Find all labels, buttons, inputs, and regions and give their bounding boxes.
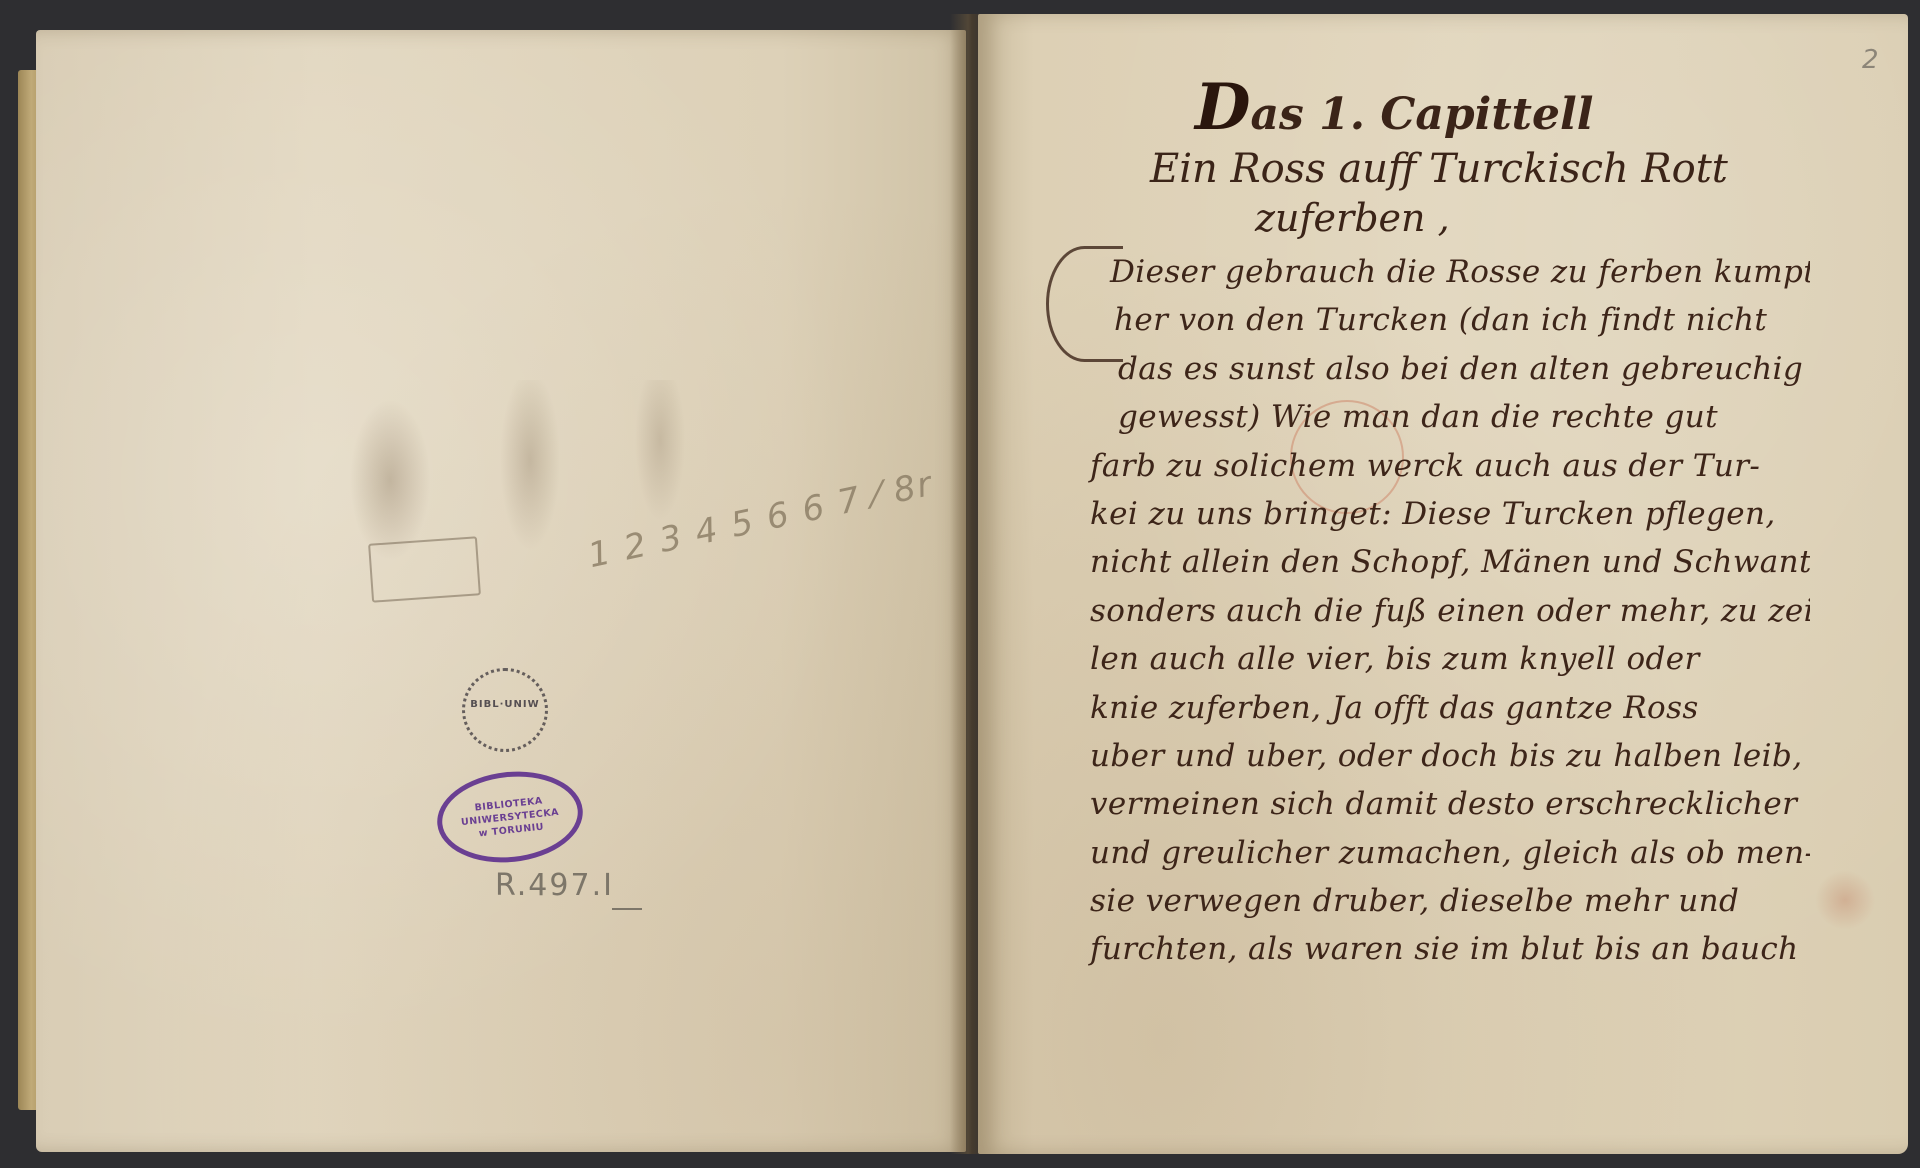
paper-stain xyxy=(1815,870,1875,930)
text-line: sie verwegen druber, dieselbe mehr und xyxy=(1050,883,1810,931)
shelfmark-underline xyxy=(612,908,642,910)
text-line: und greulicher zumachen, gleich als ob m… xyxy=(1050,835,1810,883)
body-text: Dieser gebrauch die Rosse zu ferben kump… xyxy=(1050,254,1810,980)
text-line: sonders auch die fuß einen oder mehr, zu… xyxy=(1050,593,1810,641)
decorated-initial: D xyxy=(1195,70,1251,145)
chapter-heading: Das 1. Capittell Ein Ross auff Turckisch… xyxy=(1195,82,1593,141)
round-stamp: BIBL·UNIW xyxy=(462,668,548,752)
text-line: gewesst) Wie man dan die rechte gut xyxy=(1050,399,1810,447)
text-line: her von den Turcken (dan ich findt nicht xyxy=(1050,302,1810,350)
text-line: Dieser gebrauch die Rosse zu ferben kump… xyxy=(1050,254,1810,302)
folio-number: 2 xyxy=(1862,45,1879,75)
text-line: len auch alle vier, bis zum knyell oder xyxy=(1050,641,1810,689)
text-line: farb zu solichem werck auch aus der Tur- xyxy=(1050,448,1810,496)
text-line: knie zuferben, Ja offt das gantze Ross xyxy=(1050,690,1810,738)
heading-line-1: Das 1. Capittell xyxy=(1195,82,1593,141)
heading-line-3: zuferben , xyxy=(1255,194,1450,242)
heading-line-2: Ein Ross auff Turckisch Rott xyxy=(1150,144,1728,194)
text-line: nicht allein den Schopf, Mänen und Schwa… xyxy=(1050,544,1810,592)
text-line: vermeinen sich damit desto erschrecklich… xyxy=(1050,786,1810,834)
pencil-box-sketch xyxy=(368,536,481,602)
text-line: kei zu uns bringet: Diese Turcken pflege… xyxy=(1050,496,1810,544)
heading-line-1-text: as 1. Capittell xyxy=(1251,89,1594,140)
text-line: furchten, als waren sie im blut bis an b… xyxy=(1050,931,1810,979)
round-stamp-text: BIBL·UNIW xyxy=(465,699,545,710)
text-line: das es sunst also bei den alten gebreuch… xyxy=(1050,351,1810,399)
shelfmark: R.497.I xyxy=(495,868,614,903)
text-line: uber und uber, oder doch bis zu halben l… xyxy=(1050,738,1810,786)
manuscript-spread: 1 2 3 4 5 6 6 7 ⁄ 8r BIBL·UNIW BIBLIOTEK… xyxy=(0,0,1920,1168)
